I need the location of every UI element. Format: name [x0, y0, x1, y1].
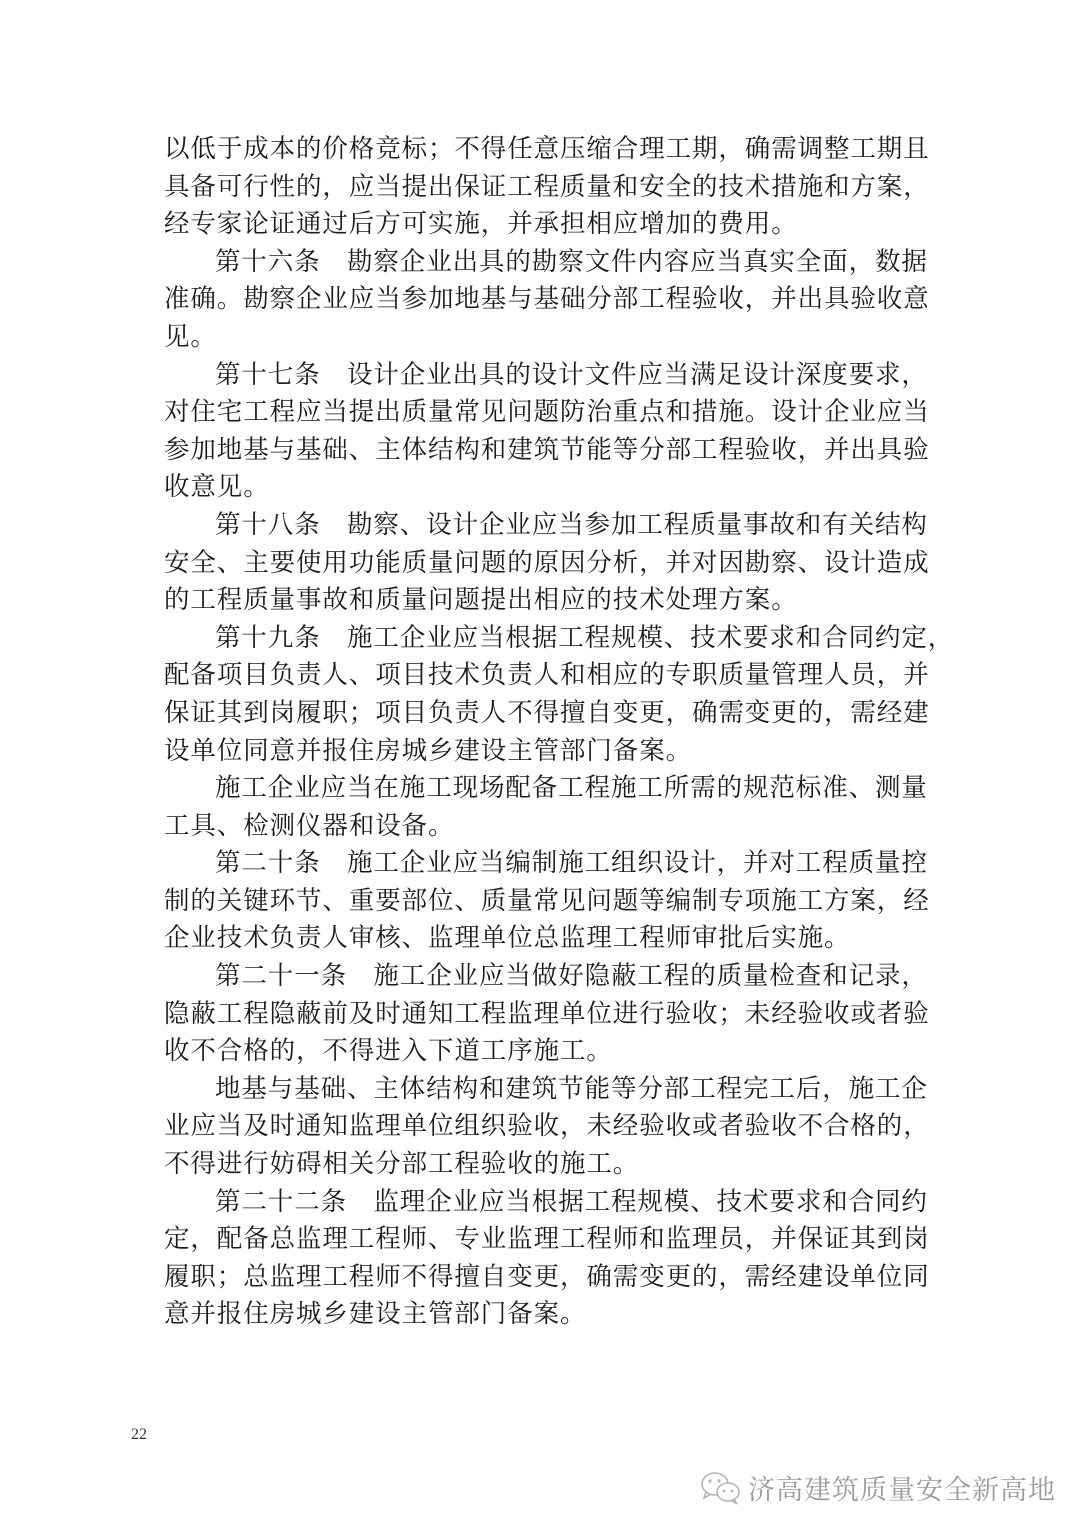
text-line: 履职；总监理工程师不得擅自变更，确需变更的，需经建设单位同: [164, 1259, 904, 1297]
text-line: 地基与基础、主体结构和建筑节能等分部工程完工后，施工企: [164, 1071, 904, 1109]
text-line: 第十七条 设计企业出具的设计文件应当满足设计深度要求，: [164, 357, 904, 395]
text-line: 制的关键环节、重要部位、质量常见问题等编制专项施工方案，经: [164, 883, 904, 921]
text-line: 见。: [164, 319, 904, 357]
text-line: 收意见。: [164, 469, 904, 507]
document-body: 以低于成本的价格竞标；不得任意压缩合理工期，确需调整工期且具备可行性的，应当提出…: [164, 131, 904, 1334]
text-line: 第二十二条 监理企业应当根据工程规模、技术要求和合同约: [164, 1184, 904, 1222]
text-line: 具备可行性的，应当提出保证工程质量和安全的技术措施和方案，: [164, 169, 904, 207]
text-line: 对住宅工程应当提出质量常见问题防治重点和措施。设计企业应当: [164, 394, 904, 432]
text-line: 企业技术负责人审核、监理单位总监理工程师审批后实施。: [164, 920, 904, 958]
text-line: 不得进行妨碍相关分部工程验收的施工。: [164, 1146, 904, 1184]
text-line: 业应当及时通知监理单位组织验收，未经验收或者验收不合格的，: [164, 1108, 904, 1146]
text-line: 工具、检测仪器和设备。: [164, 808, 904, 846]
text-line: 第十九条 施工企业应当根据工程规模、技术要求和合同约定，: [164, 620, 904, 658]
text-line: 收不合格的，不得进入下道工序施工。: [164, 1033, 904, 1071]
text-line: 第二十条 施工企业应当编制施工组织设计，并对工程质量控: [164, 845, 904, 883]
text-line: 第二十一条 施工企业应当做好隐蔽工程的质量检查和记录，: [164, 958, 904, 996]
text-line: 经专家论证通过后方可实施，并承担相应增加的费用。: [164, 206, 904, 244]
text-line: 隐蔽工程隐蔽前及时通知工程监理单位进行验收；未经验收或者验: [164, 996, 904, 1034]
text-line: 准确。勘察企业应当参加地基与基础分部工程验收，并出具验收意: [164, 281, 904, 319]
text-line: 配备项目负责人、项目技术负责人和相应的专职质量管理人员，并: [164, 657, 904, 695]
text-line: 的工程质量事故和质量问题提出相应的技术处理方案。: [164, 582, 904, 620]
text-line: 参加地基与基础、主体结构和建筑节能等分部工程验收，并出具验: [164, 432, 904, 470]
document-page: 以低于成本的价格竞标；不得任意压缩合理工期，确需调整工期且具备可行性的，应当提出…: [0, 0, 1080, 1527]
text-line: 设单位同意并报住房城乡建设主管部门备案。: [164, 733, 904, 771]
text-line: 以低于成本的价格竞标；不得任意压缩合理工期，确需调整工期且: [164, 131, 904, 169]
text-line: 安全、主要使用功能质量问题的原因分析，并对因勘察、设计造成: [164, 545, 904, 583]
text-line: 第十八条 勘察、设计企业应当参加工程质量事故和有关结构: [164, 507, 904, 545]
text-line: 保证其到岗履职；项目负责人不得擅自变更，确需变更的，需经建: [164, 695, 904, 733]
text-line: 施工企业应当在施工现场配备工程施工所需的规范标准、测量: [164, 770, 904, 808]
text-line: 第十六条 勘察企业出具的勘察文件内容应当真实全面，数据: [164, 244, 904, 282]
text-line: 定，配备总监理工程师、专业监理工程师和监理员，并保证其到岗: [164, 1221, 904, 1259]
text-line: 意并报住房城乡建设主管部门备案。: [164, 1296, 904, 1334]
watermark-text: 济高建筑质量安全新高地: [748, 1468, 1056, 1507]
watermark: 济高建筑质量安全新高地: [700, 1468, 1056, 1507]
wechat-icon: [700, 1471, 742, 1505]
page-number: 22: [131, 1426, 147, 1444]
